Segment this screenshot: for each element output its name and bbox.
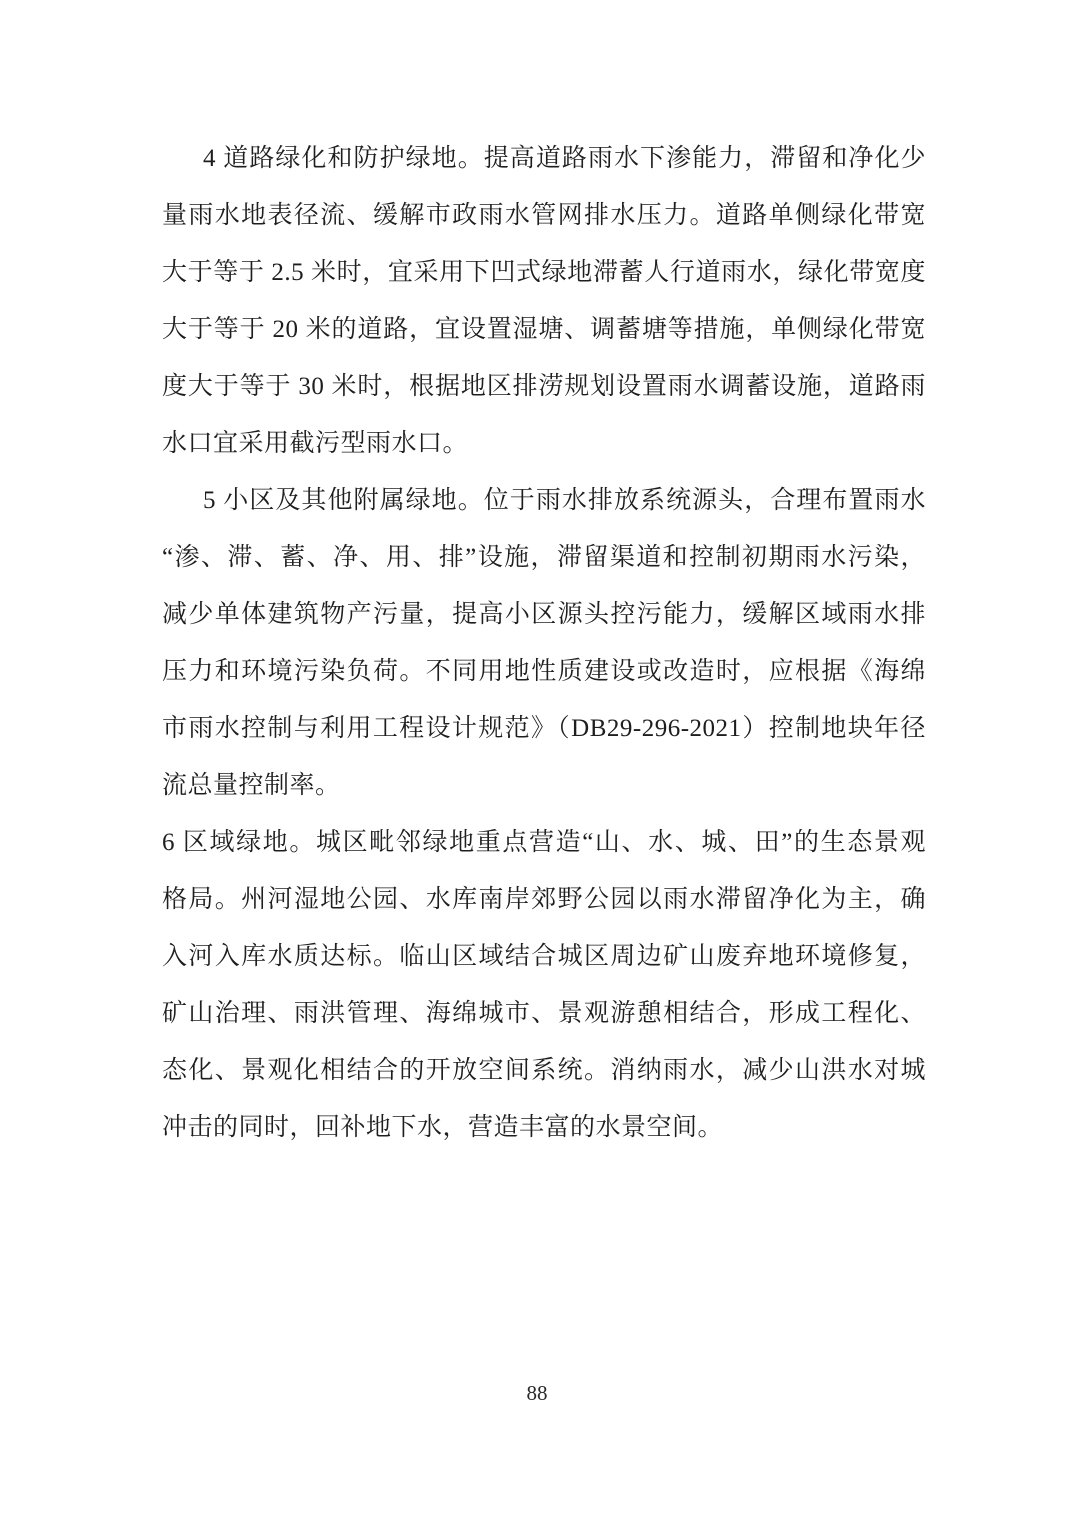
paragraph: 6 区域绿地。城区毗邻绿地重点营造“山、水、城、田”的生态景观格局。州河湿地公园… (162, 814, 926, 1156)
text-line: 入河入库水质达标。临山区域结合城区周边矿山废弃地环境修复，将 (162, 928, 926, 985)
text-line: 大于等于 2.5 米时，宜采用下凹式绿地滞蓄人行道雨水，绿化带宽度 (162, 244, 926, 301)
page-number: 88 (0, 1380, 1074, 1406)
text-line: “渗、滞、蓄、净、用、排”设施，滞留渠道和控制初期雨水污染， (162, 529, 926, 586)
text-line: 5 小区及其他附属绿地。位于雨水排放系统源头，合理布置雨水 (162, 472, 926, 529)
paragraph: 5 小区及其他附属绿地。位于雨水排放系统源头，合理布置雨水“渗、滞、蓄、净、用、… (162, 472, 926, 814)
text-line: 流总量控制率。 (162, 757, 926, 814)
text-line: 市雨水控制与利用工程设计规范》（DB29-296-2021）控制地块年径 (162, 700, 926, 757)
text-line: 冲击的同时，回补地下水，营造丰富的水景空间。 (162, 1099, 926, 1156)
text-line: 度大于等于 30 米时，根据地区排涝规划设置雨水调蓄设施，道路雨 (162, 358, 926, 415)
text-line: 矿山治理、雨洪管理、海绵城市、景观游憩相结合，形成工程化、生 (162, 985, 926, 1042)
document-page: 4 道路绿化和防护绿地。提高道路雨水下渗能力，滞留和净化少量雨水地表径流、缓解市… (0, 0, 1074, 1520)
paragraph: 4 道路绿化和防护绿地。提高道路雨水下渗能力，滞留和净化少量雨水地表径流、缓解市… (162, 130, 926, 472)
text-line: 减少单体建筑物产污量，提高小区源头控污能力，缓解区域雨水排放 (162, 586, 926, 643)
document-body: 4 道路绿化和防护绿地。提高道路雨水下渗能力，滞留和净化少量雨水地表径流、缓解市… (162, 130, 926, 1156)
text-line: 格局。州河湿地公园、水库南岸郊野公园以雨水滞留净化为主，确保 (162, 871, 926, 928)
text-line: 压力和环境污染负荷。不同用地性质建设或改造时，应根据《海绵城 (162, 643, 926, 700)
text-line: 态化、景观化相结合的开放空间系统。消纳雨水，减少山洪水对城市 (162, 1042, 926, 1099)
text-line: 大于等于 20 米的道路，宜设置湿塘、调蓄塘等措施，单侧绿化带宽 (162, 301, 926, 358)
text-line: 水口宜采用截污型雨水口。 (162, 415, 926, 472)
text-line: 量雨水地表径流、缓解市政雨水管网排水压力。道路单侧绿化带宽度 (162, 187, 926, 244)
text-line: 6 区域绿地。城区毗邻绿地重点营造“山、水、城、田”的生态景观 (162, 814, 926, 871)
text-line: 4 道路绿化和防护绿地。提高道路雨水下渗能力，滞留和净化少 (162, 130, 926, 187)
